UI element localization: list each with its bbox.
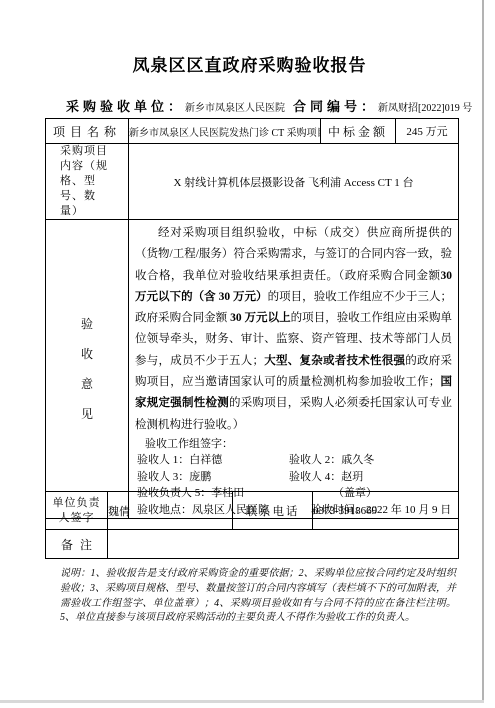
acceptance-opinion-paragraph: 经对采购项目组织验收，中标（成交）供应商所提供的（货物/工程/服务）符合采购需求… — [135, 223, 452, 436]
procurement-content-value: X 射线计算机体层摄影设备 飞利浦 Access CT 1 台 — [174, 177, 414, 189]
notes-text: 说明：1、验收报告是支付政府采购资金的重要依据；2、采购单位应按合同约定及时组织… — [60, 567, 456, 626]
contract-no-label: 合同编号： — [293, 99, 378, 114]
procurement-content-value-cell: X 射线计算机体层摄影设备 飞利浦 Access CT 1 台 — [129, 144, 459, 220]
phone-label: 联系电话 — [246, 506, 300, 518]
page-edge-right — [482, 0, 484, 701]
bid-amount-value: 245 万元 — [406, 126, 447, 138]
project-name-value-cell: 新乡市凤泉区人民医院发热门诊 CT 采购项目 — [129, 119, 321, 144]
remarks-row: 备注 — [46, 530, 459, 559]
acceptance-opinion-cell: 经对采购项目组织验收，中标（成交）供应商所提供的（货物/工程/服务）符合采购需求… — [129, 220, 459, 519]
phone-label-cell: 联系电话 — [233, 492, 313, 530]
signer-table: 单位负责人签字 魏倩 联系电话 0373-3918669 — [45, 491, 459, 530]
remarks-table: 备注 — [45, 529, 459, 559]
opinion-label-char-4: 见 — [46, 399, 128, 429]
inspector-3: 验收人 3：庞鹏 — [137, 469, 289, 486]
acceptance-opinion-row: 验 收 意 见 经对采购项目组织验收，中标（成交）供应商所提供的（货物/工程/服… — [46, 220, 459, 519]
purchase-unit-value: 新乡市凤泉区人民医院 — [185, 103, 285, 114]
project-name-value: 新乡市凤泉区人民医院发热门诊 CT 采购项目 — [129, 128, 321, 139]
page-title: 凤泉区区直政府采购验收报告 — [8, 54, 491, 78]
opinion-label-char-3: 意 — [46, 369, 128, 399]
contract-no-value: 新凤财招[2022]019 号 — [378, 103, 472, 114]
signature-header: 验收工作组签字： — [145, 436, 452, 453]
procurement-content-label: 采购项目内容（规格、型号、数量） — [60, 144, 114, 219]
bid-amount-label-cell: 中标金额 — [321, 119, 396, 144]
bid-amount-label: 中标金额 — [328, 125, 388, 139]
remarks-value-cell — [108, 530, 459, 559]
purchase-unit-label: 采购验收单位： — [66, 99, 185, 114]
remarks-label-cell: 备注 — [46, 530, 108, 559]
signer-label-cell: 单位负责人签字 — [46, 492, 108, 530]
signature-line-1: 验收人 1：白祥德 验收人 2：戚久冬 — [137, 452, 452, 469]
remarks-label: 备注 — [61, 538, 99, 552]
main-table: 项目名称 新乡市凤泉区人民医院发热门诊 CT 采购项目 中标金额 245 万元 … — [45, 118, 459, 519]
acceptance-opinion-label-cell: 验 收 意 见 — [46, 220, 129, 519]
inspector-4: 验收人 4：赵玥 — [289, 469, 363, 486]
opinion-label-char-1: 验 — [46, 309, 128, 339]
procurement-content-label-cell: 采购项目内容（规格、型号、数量） — [46, 144, 129, 220]
signer-row: 单位负责人签字 魏倩 联系电话 0373-3918669 — [46, 492, 459, 530]
project-name-label-cell: 项目名称 — [46, 119, 129, 144]
page-edge-bottom — [0, 700, 484, 703]
phone-number: 0373-3918669 — [313, 505, 377, 517]
signer-name: 魏倩 — [108, 506, 130, 518]
phone-value-cell: 0373-3918669 — [313, 492, 459, 530]
header-line: 采购验收单位：新乡市凤泉区人民医院 合同编号：新凤财招[2022]019 号 — [66, 96, 476, 116]
inspector-2: 验收人 2：戚久冬 — [289, 452, 374, 469]
opinion-label-char-2: 收 — [46, 339, 128, 369]
project-name-row: 项目名称 新乡市凤泉区人民医院发热门诊 CT 采购项目 中标金额 245 万元 — [46, 119, 459, 144]
signature-line-2: 验收人 3：庞鹏 验收人 4：赵玥 — [137, 469, 452, 486]
procurement-content-row: 采购项目内容（规格、型号、数量） X 射线计算机体层摄影设备 飞利浦 Acces… — [46, 144, 459, 220]
inspector-1: 验收人 1：白祥德 — [137, 452, 289, 469]
signer-value-cell: 魏倩 — [108, 492, 233, 530]
project-name-label: 项目名称 — [53, 125, 121, 139]
bid-amount-value-cell: 245 万元 — [396, 119, 459, 144]
signer-label: 单位负责人签字 — [50, 496, 104, 526]
